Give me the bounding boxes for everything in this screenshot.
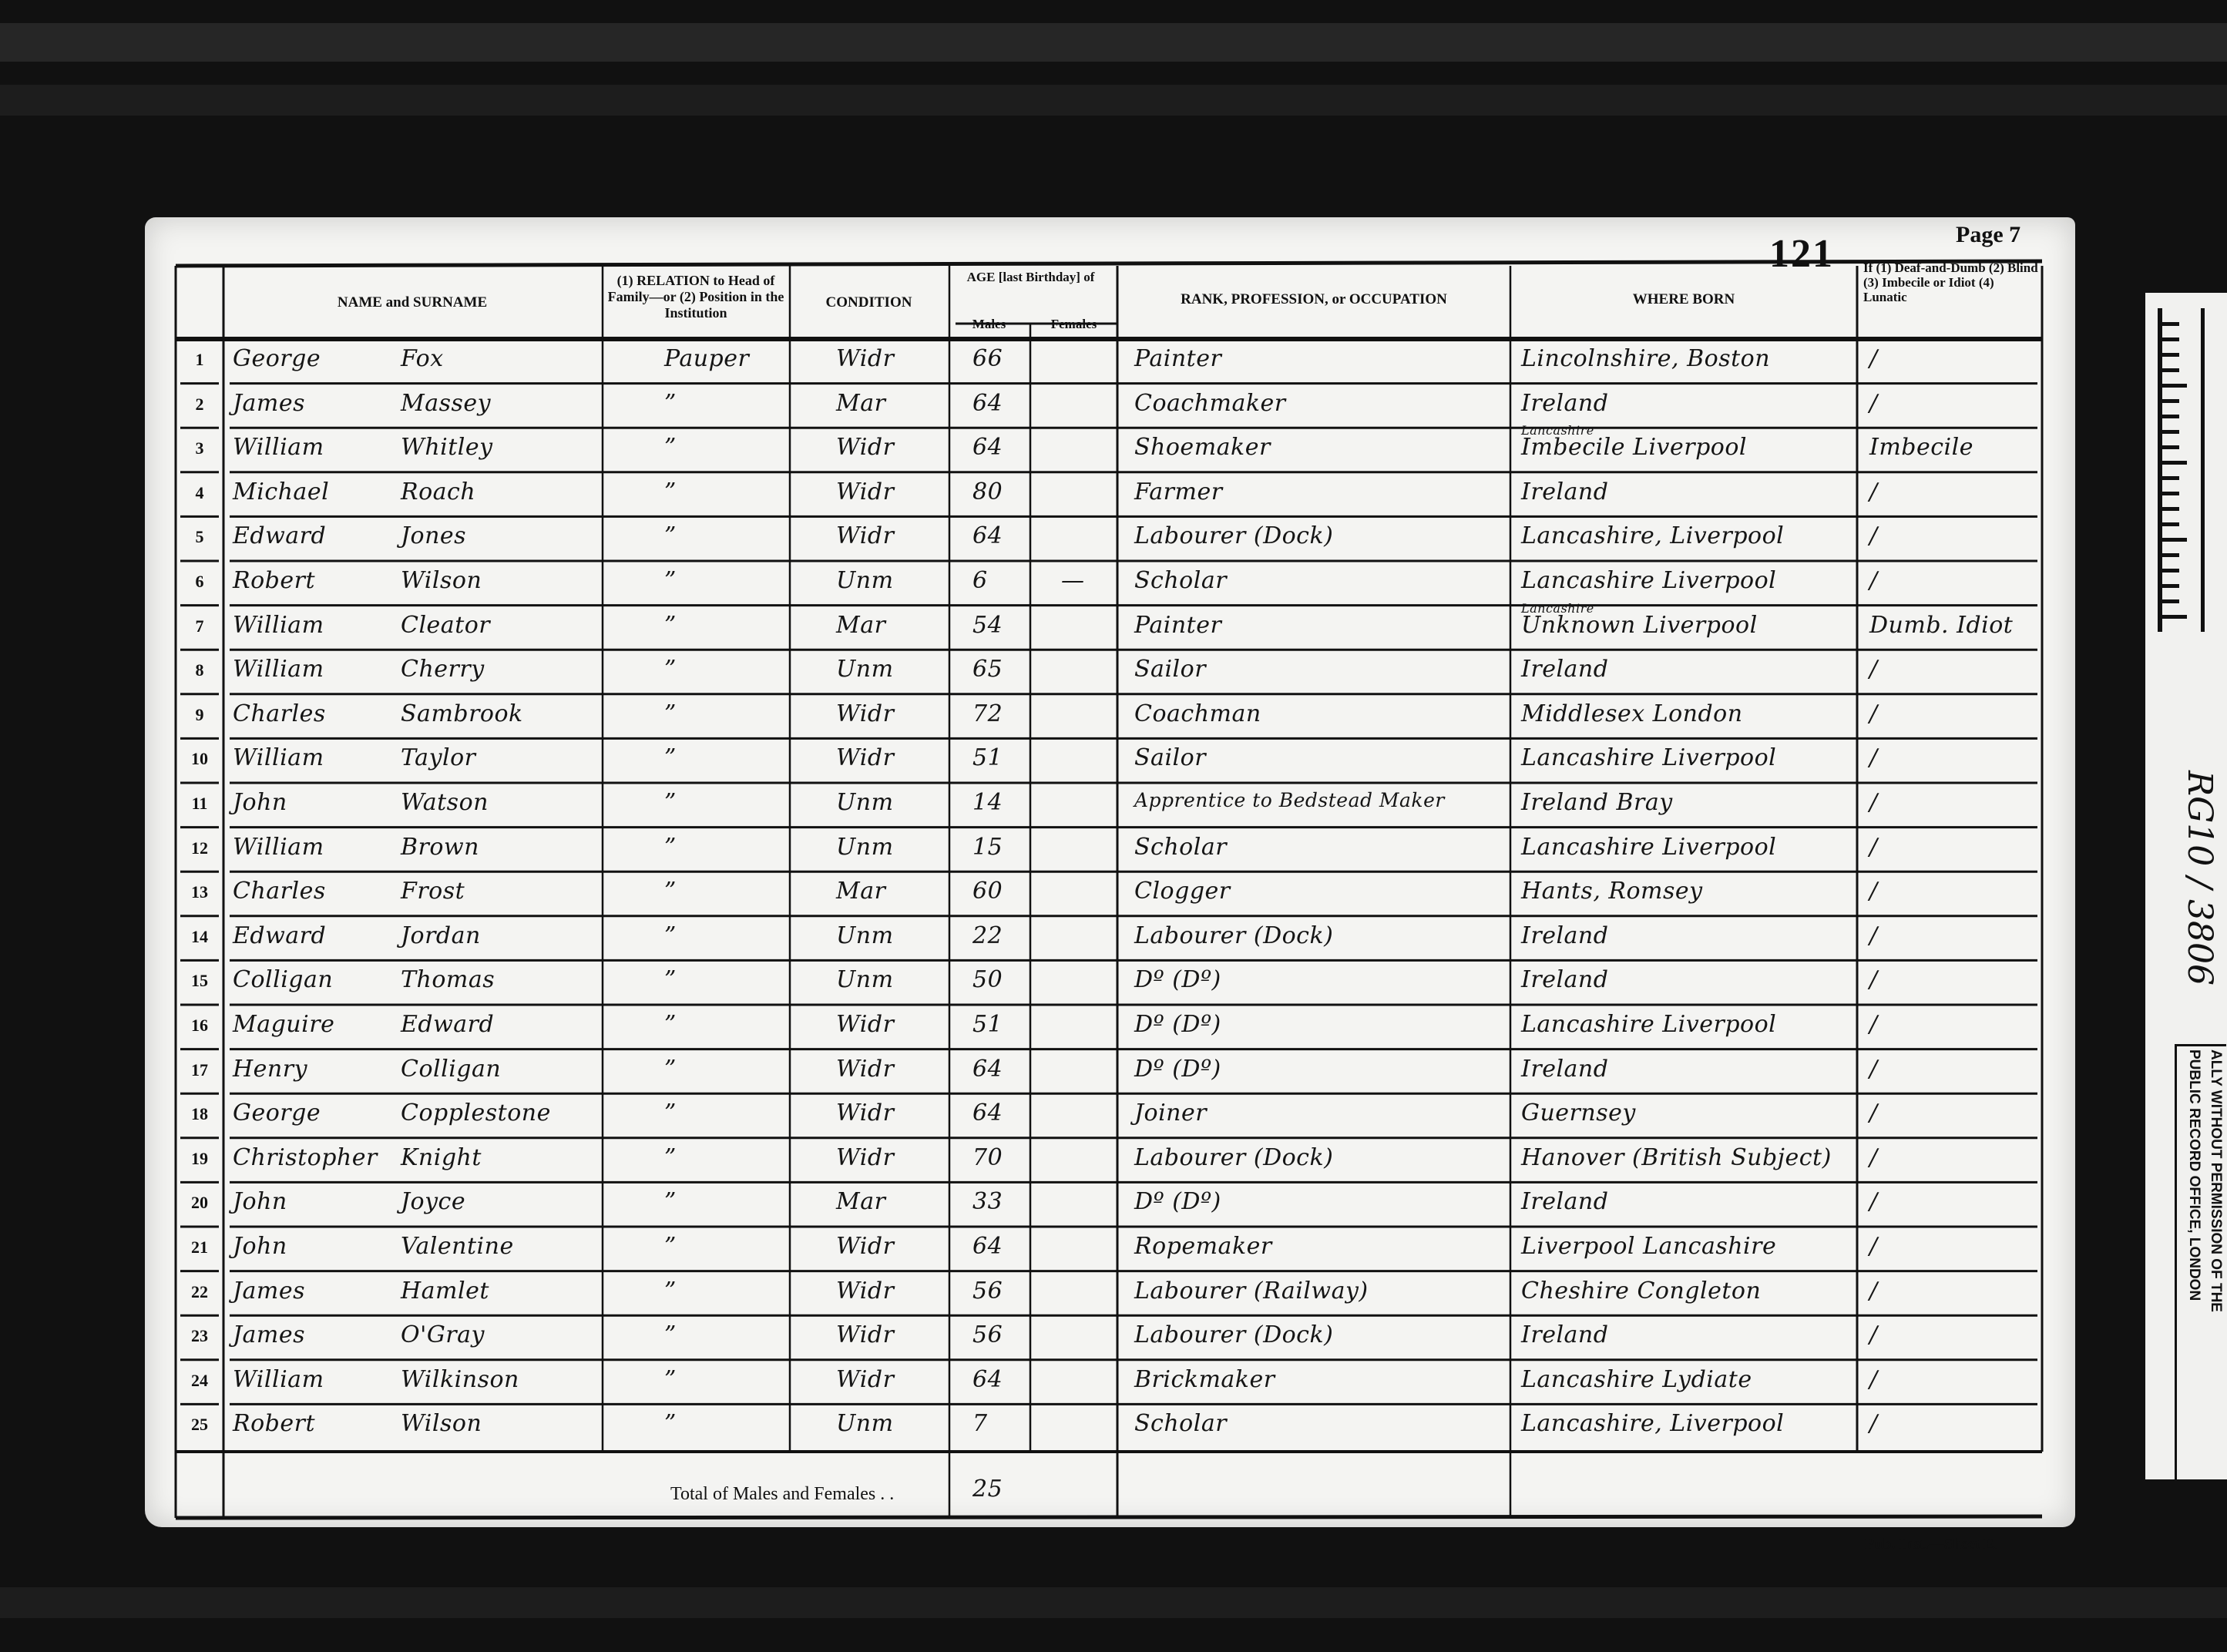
ruler-tick bbox=[2162, 430, 2179, 434]
birthplace-correction: Lancashire bbox=[1521, 423, 1594, 438]
condition: Widr bbox=[836, 1144, 894, 1171]
occupation: Painter bbox=[1134, 612, 1221, 639]
male-age: 50 bbox=[972, 966, 1003, 993]
male-age: 51 bbox=[972, 744, 1003, 771]
header-occupation: RANK, PROFESSION, or OCCUPATION bbox=[1117, 291, 1510, 307]
male-age: 64 bbox=[972, 1100, 1003, 1127]
birthplace: Lancashire Liverpool bbox=[1521, 567, 1776, 594]
relation: ” bbox=[664, 789, 677, 816]
condition: Widr bbox=[836, 1321, 894, 1348]
occupation: Dº (Dº) bbox=[1134, 1011, 1221, 1038]
relation: ” bbox=[664, 878, 677, 905]
surname: Cleator bbox=[401, 612, 490, 639]
surname: Edward bbox=[401, 1011, 494, 1038]
row-number: 16 bbox=[177, 1016, 222, 1036]
condition: Widr bbox=[836, 1278, 894, 1304]
condition: Unm bbox=[836, 656, 894, 683]
birthplace: Ireland bbox=[1521, 390, 1608, 417]
male-age: 70 bbox=[972, 1144, 1003, 1171]
male-age: 72 bbox=[972, 700, 1003, 727]
condition: Widr bbox=[836, 1056, 894, 1083]
occupation: Clogger bbox=[1134, 878, 1231, 905]
relation: ” bbox=[664, 1321, 677, 1348]
row-number: 13 bbox=[177, 882, 222, 902]
ruler-tick bbox=[2162, 461, 2187, 465]
first-name: Edward bbox=[233, 522, 326, 549]
scale-ruler bbox=[2158, 308, 2205, 632]
first-name: Edward bbox=[233, 922, 326, 949]
relation: ” bbox=[664, 567, 677, 594]
ruler-tick bbox=[2162, 399, 2179, 403]
relation: ” bbox=[664, 1278, 677, 1304]
row-number: 9 bbox=[177, 705, 222, 725]
surname: Massey bbox=[401, 390, 491, 417]
ruler-tick bbox=[2162, 476, 2179, 480]
ruler-tick bbox=[2162, 353, 2179, 357]
infirmity: / bbox=[1869, 922, 1878, 949]
total-label: Total of Males and Females . . bbox=[670, 1484, 894, 1505]
occupation: Scholar bbox=[1134, 834, 1227, 861]
birthplace: Liverpool Lancashire bbox=[1521, 1233, 1776, 1260]
condition: Unm bbox=[836, 966, 894, 993]
condition: Widr bbox=[836, 522, 894, 549]
scanner-background-band bbox=[0, 1587, 2227, 1618]
infirmity: / bbox=[1869, 1366, 1878, 1393]
infirmity: / bbox=[1869, 1144, 1878, 1171]
male-age: 56 bbox=[972, 1321, 1003, 1348]
relation: ” bbox=[664, 700, 677, 727]
condition: Widr bbox=[836, 478, 894, 505]
male-age: 64 bbox=[972, 390, 1003, 417]
first-name: William bbox=[233, 1366, 324, 1393]
male-age: 64 bbox=[972, 1233, 1003, 1260]
occupation: Farmer bbox=[1134, 478, 1223, 505]
occupation: Labourer (Railway) bbox=[1134, 1278, 1369, 1304]
condition: Mar bbox=[836, 1188, 885, 1215]
condition: Unm bbox=[836, 567, 894, 594]
surname: Roach bbox=[401, 478, 475, 505]
ruler-tick bbox=[2162, 322, 2179, 326]
surname: Joyce bbox=[401, 1188, 465, 1215]
male-age: 56 bbox=[972, 1278, 1003, 1304]
condition: Mar bbox=[836, 612, 885, 639]
row-number: 10 bbox=[177, 749, 222, 769]
row-number: 7 bbox=[177, 616, 222, 636]
infirmity: / bbox=[1869, 656, 1878, 683]
surname: Wilson bbox=[401, 1410, 482, 1437]
occupation: Shoemaker bbox=[1134, 434, 1271, 461]
birthplace: Hants, Romsey bbox=[1521, 878, 1703, 905]
header-females: Females bbox=[1030, 316, 1117, 332]
birthplace: Lancashire, Liverpool bbox=[1521, 1410, 1784, 1437]
condition: Widr bbox=[836, 1011, 894, 1038]
first-name: Christopher bbox=[233, 1144, 378, 1171]
first-name: John bbox=[233, 1188, 287, 1215]
first-name: Robert bbox=[233, 567, 315, 594]
ruler-tick bbox=[2162, 615, 2187, 619]
birthplace: Ireland bbox=[1521, 922, 1608, 949]
relation: ” bbox=[664, 834, 677, 861]
infirmity: / bbox=[1869, 1188, 1878, 1215]
occupation: Sailor bbox=[1134, 744, 1206, 771]
row-number: 11 bbox=[177, 794, 222, 814]
row-number: 14 bbox=[177, 927, 222, 947]
header-condition: CONDITION bbox=[790, 294, 948, 311]
condition: Widr bbox=[836, 1100, 894, 1127]
ruler-tick bbox=[2162, 492, 2179, 495]
occupation: Labourer (Dock) bbox=[1134, 922, 1333, 949]
first-name: Henry bbox=[233, 1056, 307, 1083]
occupation: Labourer (Dock) bbox=[1134, 1321, 1333, 1348]
row-number: 19 bbox=[177, 1149, 222, 1169]
birthplace: Ireland bbox=[1521, 1188, 1608, 1215]
birthplace: Unknown Liverpool bbox=[1521, 612, 1758, 639]
occupation: Dº (Dº) bbox=[1134, 1056, 1221, 1083]
surname: Taylor bbox=[401, 744, 476, 771]
infirmity: / bbox=[1869, 345, 1878, 372]
scanner-background-band bbox=[0, 23, 2227, 62]
infirmity: / bbox=[1869, 1233, 1878, 1260]
condition: Mar bbox=[836, 878, 885, 905]
male-age: 54 bbox=[972, 612, 1003, 639]
ruler-tick bbox=[2162, 538, 2187, 542]
scanner-background-band bbox=[0, 85, 2227, 116]
row-number: 8 bbox=[177, 660, 222, 680]
surname: O'Gray bbox=[401, 1321, 485, 1348]
first-name: Maguire bbox=[233, 1011, 334, 1038]
relation: ” bbox=[664, 612, 677, 639]
surname: Thomas bbox=[401, 966, 495, 993]
infirmity: / bbox=[1869, 1321, 1878, 1348]
birthplace: Hanover (British Subject) bbox=[1521, 1144, 1832, 1171]
occupation: Labourer (Dock) bbox=[1134, 522, 1333, 549]
relation: ” bbox=[664, 1233, 677, 1260]
relation: ” bbox=[664, 1100, 677, 1127]
surname: Frost bbox=[401, 878, 465, 905]
male-age: 65 bbox=[972, 656, 1003, 683]
first-name: Charles bbox=[233, 878, 326, 905]
infirmity: / bbox=[1869, 1011, 1878, 1038]
occupation: Ropemaker bbox=[1134, 1233, 1272, 1260]
archive-notice-line-1: ALLY WITHOUT PERMISSION OF THE bbox=[2205, 1049, 2226, 1481]
condition: Unm bbox=[836, 834, 894, 861]
ruler-tick bbox=[2162, 337, 2179, 341]
archive-notice-line-2: PUBLIC RECORD OFFICE, LONDON bbox=[2183, 1049, 2205, 1481]
infirmity: / bbox=[1869, 1278, 1878, 1304]
relation: ” bbox=[664, 522, 677, 549]
relation: ” bbox=[664, 390, 677, 417]
occupation: Painter bbox=[1134, 345, 1221, 372]
male-age: 14 bbox=[972, 789, 1003, 816]
row-number: 21 bbox=[177, 1237, 222, 1257]
male-age: 60 bbox=[972, 878, 1003, 905]
surname: Knight bbox=[401, 1144, 482, 1171]
archive-reference: RG10 / 3806 bbox=[2150, 771, 2219, 985]
ruler-tick bbox=[2162, 569, 2179, 572]
male-age: 64 bbox=[972, 434, 1003, 461]
condition: Unm bbox=[836, 922, 894, 949]
relation: ” bbox=[664, 922, 677, 949]
infirmity: / bbox=[1869, 522, 1878, 549]
row-number: 6 bbox=[177, 572, 222, 592]
surname: Copplestone bbox=[401, 1100, 551, 1127]
relation: ” bbox=[664, 1056, 677, 1083]
relation: ” bbox=[664, 478, 677, 505]
surname: Sambrook bbox=[401, 700, 523, 727]
first-name: James bbox=[233, 390, 305, 417]
row-number: 12 bbox=[177, 838, 222, 858]
male-age: 33 bbox=[972, 1188, 1003, 1215]
infirmity: / bbox=[1869, 834, 1878, 861]
occupation: Coachman bbox=[1134, 700, 1261, 727]
infirmity: / bbox=[1869, 478, 1878, 505]
first-name: William bbox=[233, 434, 324, 461]
first-name: William bbox=[233, 612, 324, 639]
first-name: George bbox=[233, 345, 321, 372]
ruler-tick bbox=[2162, 384, 2187, 388]
first-name: James bbox=[233, 1278, 305, 1304]
male-age: 22 bbox=[972, 922, 1003, 949]
surname: Fox bbox=[401, 345, 444, 372]
condition: Mar bbox=[836, 390, 885, 417]
infirmity: Dumb. Idiot bbox=[1869, 612, 2013, 639]
birthplace-correction: Lancashire bbox=[1521, 601, 1594, 616]
birthplace: Ireland bbox=[1521, 1056, 1608, 1083]
birthplace: Lancashire, Liverpool bbox=[1521, 522, 1784, 549]
row-number: 2 bbox=[177, 395, 222, 415]
birthplace: Ireland bbox=[1521, 966, 1608, 993]
row-number: 25 bbox=[177, 1415, 222, 1435]
header-males: Males bbox=[949, 316, 1029, 332]
first-name: Michael bbox=[233, 478, 329, 505]
male-age: 7 bbox=[972, 1410, 988, 1437]
male-age: 51 bbox=[972, 1011, 1003, 1038]
male-age: 15 bbox=[972, 834, 1003, 861]
row-number: 5 bbox=[177, 527, 222, 547]
occupation: Apprentice to Bedstead Maker bbox=[1134, 789, 1445, 811]
occupation: Scholar bbox=[1134, 567, 1227, 594]
relation: ” bbox=[664, 1011, 677, 1038]
occupation: Coachmaker bbox=[1134, 390, 1286, 417]
total-value: 25 bbox=[972, 1476, 1003, 1503]
surname: Colligan bbox=[401, 1056, 501, 1083]
relation: ” bbox=[664, 744, 677, 771]
birthplace: Cheshire Congleton bbox=[1521, 1278, 1761, 1304]
row-number: 23 bbox=[177, 1326, 222, 1346]
occupation: Sailor bbox=[1134, 656, 1206, 683]
first-name: Colligan bbox=[233, 966, 333, 993]
infirmity: Imbecile bbox=[1869, 434, 1973, 461]
folio-number: 121 bbox=[1769, 231, 1834, 277]
row-number: 17 bbox=[177, 1060, 222, 1080]
ruler-tick bbox=[2162, 553, 2179, 557]
condition: Widr bbox=[836, 434, 894, 461]
first-name: James bbox=[233, 1321, 305, 1348]
condition: Widr bbox=[836, 744, 894, 771]
header-relation: (1) RELATION to Head of Family—or (2) Po… bbox=[603, 273, 788, 321]
ruler-tick bbox=[2162, 522, 2179, 526]
male-age: 6 bbox=[972, 567, 988, 594]
infirmity: / bbox=[1869, 700, 1878, 727]
condition: Widr bbox=[836, 1366, 894, 1393]
first-name: John bbox=[233, 789, 287, 816]
relation: ” bbox=[664, 966, 677, 993]
ruler-tick bbox=[2162, 599, 2179, 603]
row-number: 15 bbox=[177, 971, 222, 991]
surname: Whitley bbox=[401, 434, 493, 461]
first-name: William bbox=[233, 834, 324, 861]
ruler-tick bbox=[2162, 445, 2179, 449]
row-number: 4 bbox=[177, 483, 222, 503]
first-name: William bbox=[233, 744, 324, 771]
birthplace: Ireland bbox=[1521, 656, 1608, 683]
birthplace: Imbecile Liverpool bbox=[1521, 434, 1747, 461]
infirmity: / bbox=[1869, 1410, 1878, 1437]
male-age: 64 bbox=[972, 1366, 1003, 1393]
occupation: Labourer (Dock) bbox=[1134, 1144, 1333, 1171]
birthplace: Ireland bbox=[1521, 1321, 1608, 1348]
row-number: 18 bbox=[177, 1104, 222, 1124]
archive-notice: ALLY WITHOUT PERMISSION OF THE PUBLIC RE… bbox=[2175, 1044, 2226, 1481]
first-name: George bbox=[233, 1100, 321, 1127]
page-label: Page 7 bbox=[1956, 222, 2020, 248]
infirmity: / bbox=[1869, 789, 1878, 816]
row-number: 1 bbox=[177, 350, 222, 370]
infirmity: / bbox=[1869, 744, 1878, 771]
infirmity: / bbox=[1869, 1056, 1878, 1083]
relation: ” bbox=[664, 1144, 677, 1171]
footer-note: Pub. Inst.—Sheet E. bbox=[1865, 1536, 1998, 1553]
header-name: NAME and SURNAME bbox=[223, 294, 601, 311]
male-age: 64 bbox=[972, 522, 1003, 549]
surname: Watson bbox=[401, 789, 489, 816]
first-name: Charles bbox=[233, 700, 326, 727]
relation: ” bbox=[664, 434, 677, 461]
first-name: Robert bbox=[233, 1410, 315, 1437]
relation: ” bbox=[664, 656, 677, 683]
occupation: Scholar bbox=[1134, 1410, 1227, 1437]
male-age: 80 bbox=[972, 478, 1003, 505]
birthplace: Middlesex London bbox=[1521, 700, 1743, 727]
condition: Unm bbox=[836, 789, 894, 816]
row-number: 20 bbox=[177, 1193, 222, 1213]
header-infirmity: If (1) Deaf-and-Dumb (2) Blind (3) Imbec… bbox=[1859, 260, 2040, 304]
birthplace: Lancashire Liverpool bbox=[1521, 1011, 1776, 1038]
birthplace: Guernsey bbox=[1521, 1100, 1636, 1127]
birthplace: Lancashire Liverpool bbox=[1521, 744, 1776, 771]
surname: Jones bbox=[401, 522, 466, 549]
row-number: 3 bbox=[177, 438, 222, 458]
header-where-born: WHERE BORN bbox=[1510, 291, 1857, 307]
birthplace: Lincolnshire, Boston bbox=[1521, 345, 1770, 372]
surname: Brown bbox=[401, 834, 479, 861]
row-number: 24 bbox=[177, 1371, 222, 1391]
first-name: William bbox=[233, 656, 324, 683]
condition: Widr bbox=[836, 345, 894, 372]
row-number: 22 bbox=[177, 1282, 222, 1302]
surname: Wilkinson bbox=[401, 1366, 519, 1393]
relation: Pauper bbox=[664, 345, 749, 372]
ruler-tick bbox=[2162, 584, 2179, 588]
relation: ” bbox=[664, 1410, 677, 1437]
birthplace: Lancashire Liverpool bbox=[1521, 834, 1776, 861]
infirmity: / bbox=[1869, 878, 1878, 905]
infirmity: / bbox=[1869, 567, 1878, 594]
first-name: John bbox=[233, 1233, 287, 1260]
surname: Hamlet bbox=[401, 1278, 489, 1304]
occupation: Joiner bbox=[1134, 1100, 1207, 1127]
surname: Wilson bbox=[401, 567, 482, 594]
surname: Cherry bbox=[401, 656, 485, 683]
occupation: Brickmaker bbox=[1134, 1366, 1275, 1393]
occupation: Dº (Dº) bbox=[1134, 1188, 1221, 1215]
birthplace: Lancashire Lydiate bbox=[1521, 1366, 1752, 1393]
occupation: Dº (Dº) bbox=[1134, 966, 1221, 993]
surname: Jordan bbox=[401, 922, 481, 949]
surname: Valentine bbox=[401, 1233, 514, 1260]
relation: ” bbox=[664, 1188, 677, 1215]
header-age: AGE [last Birthday] of bbox=[959, 270, 1102, 284]
male-age: 64 bbox=[972, 1056, 1003, 1083]
condition: Widr bbox=[836, 1233, 894, 1260]
ruler-tick bbox=[2162, 507, 2179, 511]
infirmity: / bbox=[1869, 1100, 1878, 1127]
condition: Widr bbox=[836, 700, 894, 727]
relation: ” bbox=[664, 1366, 677, 1393]
infirmity: / bbox=[1869, 966, 1878, 993]
condition: Unm bbox=[836, 1410, 894, 1437]
birthplace: Ireland Bray bbox=[1521, 789, 1673, 816]
ruler-tick bbox=[2162, 368, 2179, 372]
male-age: 66 bbox=[972, 345, 1003, 372]
birthplace: Ireland bbox=[1521, 478, 1608, 505]
female-age: — bbox=[1061, 567, 1085, 594]
infirmity: / bbox=[1869, 390, 1878, 417]
ruler-tick bbox=[2162, 415, 2179, 418]
